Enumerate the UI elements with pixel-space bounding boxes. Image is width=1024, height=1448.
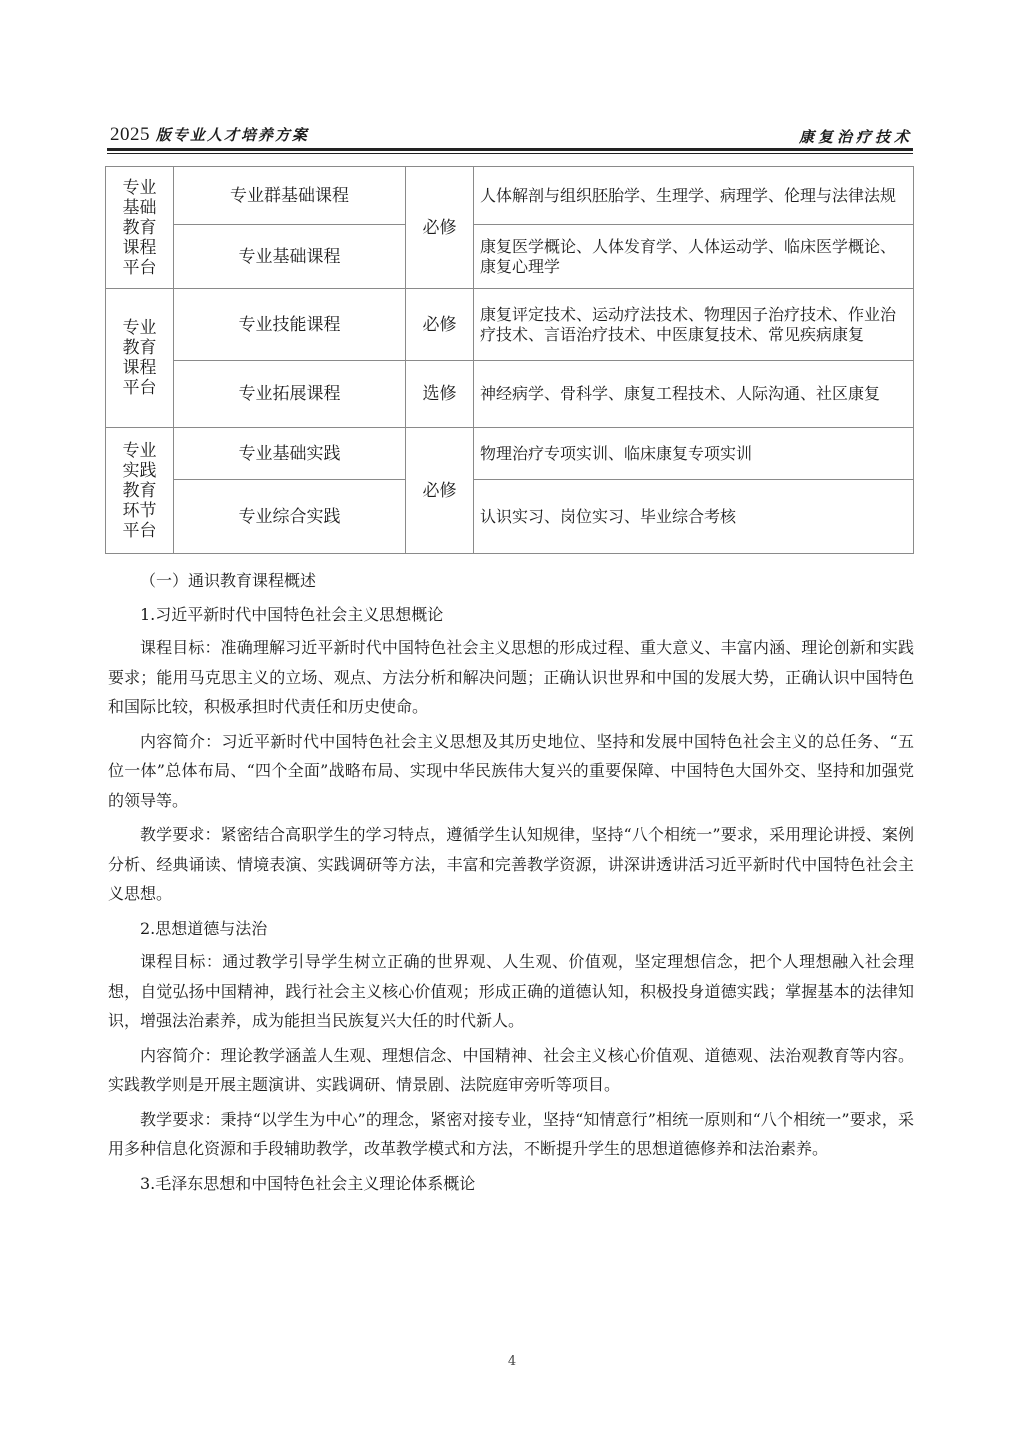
category-cell: 专业基础实践 [174,428,406,480]
courses-cell: 认识实习、岗位实习、毕业综合考核 [474,480,914,554]
courses-cell: 物理治疗专项实训、临床康复专项实训 [474,428,914,480]
table-row: 专业基础课程 康复医学概论、人体发育学、人体运动学、临床医学概论、康复心理学 [106,225,914,289]
section-heading: （一）通识教育课程概述 [108,566,914,596]
course-intro: 内容简介：习近平新时代中国特色社会主义思想及其历史地位、坚持和发展中国特色社会主… [108,727,914,816]
category-cell: 专业技能课程 [174,289,406,361]
course-requirement: 教学要求：秉持“以学生为中心”的理念，紧密对接专业，坚持“知情意行”相统一原则和… [108,1105,914,1164]
table-row: 专业综合实践 认识实习、岗位实习、毕业综合考核 [106,480,914,554]
course-goal: 课程目标：准确理解习近平新时代中国特色社会主义思想的形成过程、重大意义、丰富内涵… [108,633,914,722]
requirement-cell: 必修 [406,167,474,289]
requirement-cell: 选修 [406,361,474,428]
course-title: 3.毛泽东思想和中国特色社会主义理论体系概论 [108,1169,914,1199]
courses-cell: 康复医学概论、人体发育学、人体运动学、临床医学概论、康复心理学 [474,225,914,289]
category-cell: 专业综合实践 [174,480,406,554]
page-number: 4 [0,1354,1024,1369]
header-left-title: 2025 版专业人才培养方案 [110,124,309,146]
header-major-title: 康复治疗技术 [799,126,913,147]
requirement-cell: 必修 [406,289,474,361]
table-row: 专业拓展课程 选修 神经病学、骨科学、康复工程技术、人际沟通、社区康复 [106,361,914,428]
course-title: 1.习近平新时代中国特色社会主义思想概论 [108,600,914,630]
courses-cell: 人体解剖与组织胚胎学、生理学、病理学、伦理与法律法规 [474,167,914,225]
header-program-title: 版专业人才培养方案 [156,126,309,144]
category-cell: 专业基础课程 [174,225,406,289]
platform-cell: 专业 基础 教育 课程 平台 [106,167,174,289]
courses-cell: 康复评定技术、运动疗法技术、物理因子治疗技术、作业治疗技术、言语治疗技术、中医康… [474,289,914,361]
course-title: 2.思想道德与法治 [108,914,914,944]
table-row: 专业 教育 课程 平台 专业技能课程 必修 康复评定技术、运动疗法技术、物理因子… [106,289,914,361]
course-intro: 内容简介：理论教学涵盖人生观、理想信念、中国精神、社会主义核心价值观、道德观、法… [108,1041,914,1100]
category-cell: 专业群基础课程 [174,167,406,225]
category-cell: 专业拓展课程 [174,361,406,428]
course-requirement: 教学要求：紧密结合高职学生的学习特点，遵循学生认知规律，坚持“八个相统一”要求，… [108,820,914,909]
courses-cell: 神经病学、骨科学、康复工程技术、人际沟通、社区康复 [474,361,914,428]
platform-cell: 专业 实践 教育 环节 平台 [106,428,174,554]
course-structure-table: 专业 基础 教育 课程 平台 专业群基础课程 必修 人体解剖与组织胚胎学、生理学… [105,166,914,554]
table-row: 专业 基础 教育 课程 平台 专业群基础课程 必修 人体解剖与组织胚胎学、生理学… [106,167,914,225]
course-goal: 课程目标：通过教学引导学生树立正确的世界观、人生观、价值观，坚定理想信念，把个人… [108,947,914,1036]
page-header: 2025 版专业人才培养方案 康复治疗技术 [110,124,913,146]
header-rule-thin [107,153,913,154]
document-body: （一）通识教育课程概述 1.习近平新时代中国特色社会主义思想概论 课程目标：准确… [108,566,914,1202]
header-year: 2025 [110,124,150,145]
table-row: 专业 实践 教育 环节 平台 专业基础实践 必修 物理治疗专项实训、临床康复专项… [106,428,914,480]
platform-cell: 专业 教育 课程 平台 [106,289,174,428]
header-rule-thick [107,148,913,151]
requirement-cell: 必修 [406,428,474,554]
